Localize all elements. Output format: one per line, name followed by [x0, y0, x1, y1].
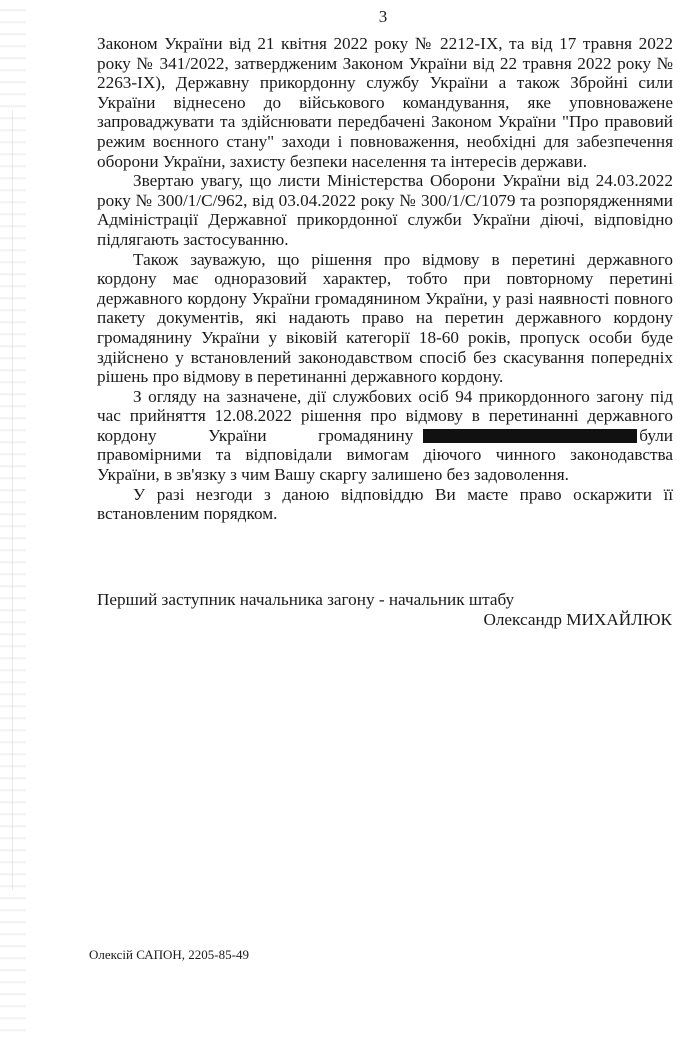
- signatory-name: Олександр МИХАЙЛЮК: [483, 610, 672, 630]
- letter-body: Законом України від 21 квітня 2022 року …: [97, 34, 673, 524]
- paragraph-conclusion: З огляду на зазначене, дії службових осі…: [97, 387, 673, 485]
- redacted-name: [423, 429, 637, 443]
- executor-contact: Олексій САПОН, 2205-85-49: [89, 947, 249, 963]
- paragraph-ministry-letters: Звертаю увагу, що листи Міністерства Обо…: [97, 171, 673, 249]
- paragraph-legal-basis: Законом України від 21 квітня 2022 року …: [97, 34, 673, 171]
- paragraph-one-time-decision: Також зауважую, що рішення про відмову в…: [97, 250, 673, 387]
- scan-edge-artifact: [0, 0, 26, 1039]
- signatory-title: Перший заступник начальника загону - нач…: [97, 590, 514, 610]
- paragraph-appeal-right: У разі незгоди з даною відповіддю Ви має…: [97, 485, 673, 524]
- page-number: 3: [0, 7, 700, 27]
